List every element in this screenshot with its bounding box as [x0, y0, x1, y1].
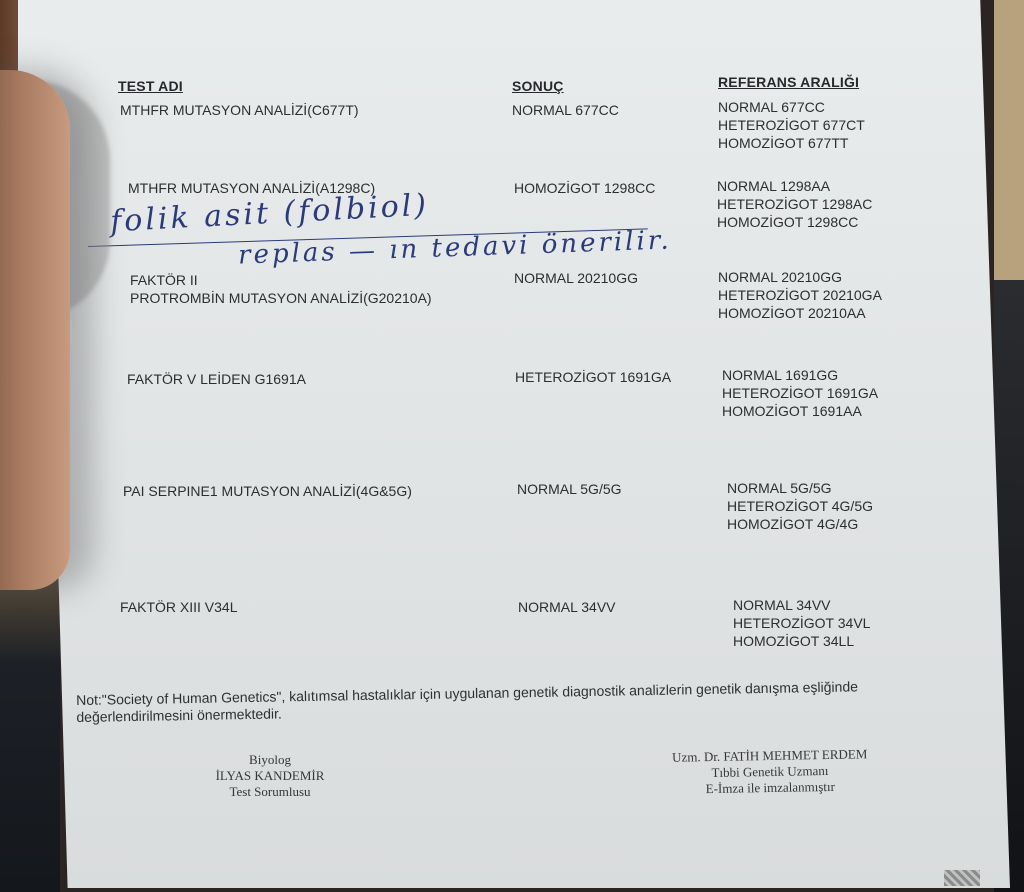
test-result: NORMAL 20210GG — [514, 269, 638, 287]
test-result: NORMAL 34VV — [518, 598, 616, 616]
test-name: FAKTÖR XIII V34L — [120, 598, 238, 616]
reference-range: NORMAL 20210GG HETEROZİGOT 20210GA HOMOZ… — [718, 268, 882, 322]
reference-range: NORMAL 677CC HETEROZİGOT 677CT HOMOZİGOT… — [718, 98, 865, 152]
handwritten-note-line-2: replas — ın tedavi önerilir. — [238, 225, 673, 270]
test-result: NORMAL 677CC — [512, 101, 619, 119]
reference-range: NORMAL 5G/5G HETEROZİGOT 4G/5G HOMOZİGOT… — [727, 479, 873, 533]
test-result: NORMAL 5G/5G — [517, 480, 622, 498]
corner-stamp-mark — [944, 870, 980, 886]
header-result: SONUÇ — [512, 78, 606, 94]
header-test-name: TEST ADI — [118, 78, 183, 94]
lab-report: TEST ADI SONUÇ REFERANS ARALIĞI MTHFR MU… — [0, 0, 1024, 892]
test-name: FAKTÖR II PROTROMBİN MUTASYON ANALİZİ(G2… — [130, 271, 432, 307]
test-result: HETEROZİGOT 1691GA — [515, 368, 671, 386]
signature-biologist: Biyolog İLYAS KANDEMİR Test Sorumlusu — [180, 752, 360, 800]
thumb — [0, 70, 70, 590]
signature-geneticist: Uzm. Dr. FATİH MEHMET ERDEM Tıbbi Geneti… — [630, 746, 911, 799]
reference-range: NORMAL 1298AA HETEROZİGOT 1298AC HOMOZİG… — [717, 177, 872, 231]
header-reference-range: REFERANS ARALIĞI — [718, 74, 859, 90]
reference-range: NORMAL 34VV HETEROZİGOT 34VL HOMOZİGOT 3… — [733, 596, 870, 650]
footnote: Not:"Society of Human Genetics", kalıtım… — [76, 677, 956, 726]
test-name: MTHFR MUTASYON ANALİZİ(C677T) — [120, 101, 359, 119]
test-result: HOMOZİGOT 1298CC — [514, 179, 655, 197]
reference-range: NORMAL 1691GG HETEROZİGOT 1691GA HOMOZİG… — [722, 366, 878, 420]
test-name: FAKTÖR V LEİDEN G1691A — [127, 370, 306, 388]
test-name: PAI SERPINE1 MUTASYON ANALİZİ(4G&5G) — [123, 482, 412, 500]
